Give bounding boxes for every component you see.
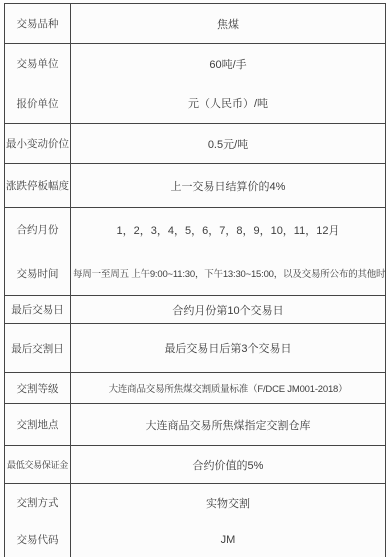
table-row: 交易时间 每周一至周五 上午9:00~11:30，下午13:30~15:00，以… [5, 252, 385, 296]
table-row: 最后交易日 合约月份第10个交易日 [5, 296, 385, 323]
spec-value: JM [70, 521, 385, 557]
spec-label: 交易品种 [5, 4, 70, 43]
table-row: 交割地点 大连商品交易所焦煤指定交割仓库 [5, 404, 385, 445]
spec-label: 报价单位 [5, 84, 70, 124]
table-row: 最小变动价位 0.5元/吨 [5, 124, 385, 163]
spec-label: 交割方式 [5, 484, 70, 521]
spec-value: 每周一至周五 上午9:00~11:30，下午13:30~15:00，以及交易所公… [70, 252, 385, 296]
table-row-group: 交割方式 实物交割 交易代码 JM [5, 484, 385, 557]
spec-value: 大连商品交易所焦煤交割质量标准（F/DCE JM001-2018） [70, 373, 385, 403]
spec-value: 合约价值的5% [70, 446, 385, 483]
table-row: 最低交易保证金 合约价值的5% [5, 446, 385, 483]
table-row-group: 最小变动价位 0.5元/吨 [5, 124, 385, 164]
table-row: 最后交割日 最后交易日后第3个交易日 [5, 324, 385, 372]
spec-label: 最后交割日 [5, 324, 70, 372]
table-row: 交割方式 实物交割 [5, 484, 385, 521]
table-row-group: 最后交割日 最后交易日后第3个交易日 [5, 324, 385, 373]
spec-value: 实物交割 [70, 484, 385, 521]
spec-label: 交易单位 [5, 44, 70, 84]
spec-label: 最后交易日 [5, 296, 70, 323]
table-row-group: 涨跌停板幅度 上一交易日结算价的4% [5, 164, 385, 208]
spec-value: 元（人民币）/吨 [70, 84, 385, 124]
table-row: 交易品种 焦煤 [5, 4, 385, 43]
table-row-group: 交割地点 大连商品交易所焦煤指定交割仓库 [5, 404, 385, 446]
spec-label: 交割地点 [5, 404, 70, 445]
spec-label: 涨跌停板幅度 [5, 164, 70, 207]
spec-value: 1，2，3，4，5，6，7，8，9，10，11，12月 [70, 208, 385, 252]
spec-value: 焦煤 [70, 4, 385, 43]
table-row-group: 交割等级 大连商品交易所焦煤交割质量标准（F/DCE JM001-2018） [5, 373, 385, 404]
spec-value: 合约月份第10个交易日 [70, 296, 385, 323]
spec-value: 最后交易日后第3个交易日 [70, 324, 385, 372]
table-row: 交易代码 JM [5, 521, 385, 557]
table-row: 交割等级 大连商品交易所焦煤交割质量标准（F/DCE JM001-2018） [5, 373, 385, 403]
spec-value: 60吨/手 [70, 44, 385, 84]
table-row-group: 交易单位 60吨/手 报价单位 元（人民币）/吨 [5, 44, 385, 124]
spec-label: 最小变动价位 [5, 124, 70, 163]
spec-label: 交易代码 [5, 521, 70, 557]
table-row-group: 最后交易日 合约月份第10个交易日 [5, 296, 385, 324]
table-row: 合约月份 1，2，3，4，5，6，7，8，9，10，11，12月 [5, 208, 385, 252]
spec-value: 大连商品交易所焦煤指定交割仓库 [70, 404, 385, 445]
spec-value: 上一交易日结算价的4% [70, 164, 385, 207]
table-row-group: 合约月份 1，2，3，4，5，6，7，8，9，10，11，12月 交易时间 每周… [5, 208, 385, 296]
table-row: 报价单位 元（人民币）/吨 [5, 84, 385, 124]
table-row: 涨跌停板幅度 上一交易日结算价的4% [5, 164, 385, 207]
spec-label: 交割等级 [5, 373, 70, 403]
table-row-group: 最低交易保证金 合约价值的5% [5, 446, 385, 484]
spec-label: 最低交易保证金 [5, 446, 70, 483]
spec-label: 合约月份 [5, 208, 70, 252]
spec-value: 0.5元/吨 [70, 124, 385, 163]
spec-label: 交易时间 [5, 252, 70, 296]
contract-spec-table: 交易品种 焦煤 交易单位 60吨/手 报价单位 元（人民币）/吨 最小变动价位 … [4, 3, 386, 557]
table-row-group: 交易品种 焦煤 [5, 4, 385, 44]
table-row: 交易单位 60吨/手 [5, 44, 385, 84]
